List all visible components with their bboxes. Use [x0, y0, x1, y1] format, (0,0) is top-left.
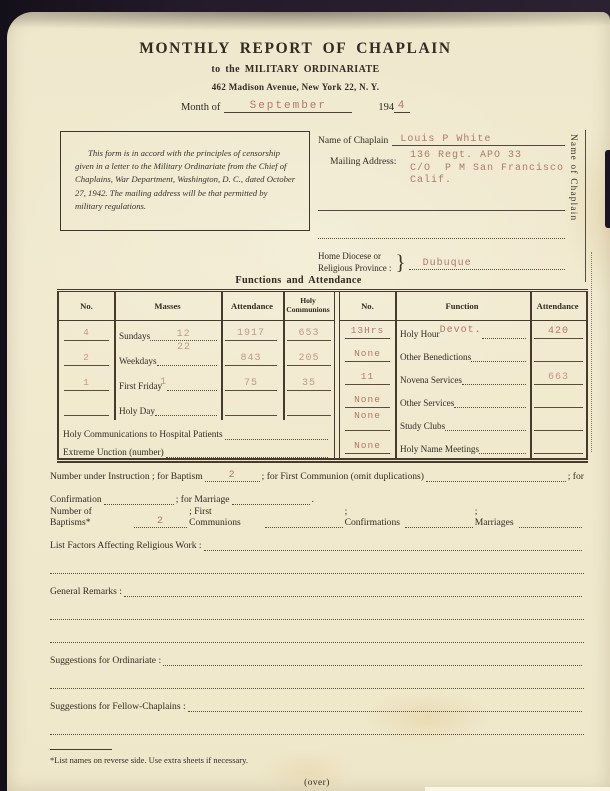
name-of-chaplain-label: Name of Chaplain	[318, 135, 388, 146]
novena-attendance: 663	[548, 372, 569, 383]
holy-hour-no: 13Hrs	[351, 325, 385, 336]
functions-table: No. Function Attendance 13Hrs Holy Hour …	[339, 292, 588, 458]
weekdays-label: Weekdays	[119, 356, 157, 366]
blank-line	[50, 597, 584, 620]
over-label: (over)	[50, 778, 584, 788]
home-diocese-label: Home Diocese or Religious Province :	[318, 251, 392, 274]
first-communion-field	[426, 468, 566, 482]
other-services-no: None	[354, 394, 381, 405]
footnote-text: *List names on reverse side. Use extra s…	[50, 755, 584, 765]
holy-hour-label: Holy Hour	[400, 329, 440, 339]
year-typed: 4	[398, 100, 407, 112]
holy-name-label: Holy Name Meetings	[400, 444, 479, 454]
remarks-line: General Remarks :	[50, 574, 584, 597]
mailing-address-line1: 136 Regt. APO 33	[410, 150, 564, 163]
mailing-address-rule	[318, 210, 565, 211]
chaplain-info: Name of Chaplain Louis P White Mailing A…	[318, 132, 565, 198]
other-services-label: Other Services	[400, 398, 454, 408]
holy-day-label: Holy Day	[119, 406, 155, 416]
masses-table-header: No. Masses Attendance Holy Communions	[59, 292, 334, 321]
brace-glyph: }	[396, 250, 406, 275]
name-of-chaplain-value: Louis P White	[400, 134, 491, 145]
censorship-notice-text: This form is in accord with the principl…	[75, 147, 296, 213]
col-attendance: Attendance	[529, 301, 586, 311]
vertical-dotted-rule	[591, 252, 592, 452]
table-row-holy-hour: 13Hrs Holy Hour Devot. 420	[340, 321, 586, 344]
hospital-communions-line: Holy Communications to Hospital Patients	[63, 422, 328, 440]
table-row-other-benedictions: None Other Benedictions	[340, 344, 586, 367]
form-title: MONTHLY REPORT OF CHAPLAIN	[7, 40, 584, 58]
blank-field	[50, 721, 584, 735]
study-clubs-no: None	[354, 410, 381, 421]
month-line: Month of September 194 4	[7, 100, 584, 113]
sundays-label: Sundays	[119, 331, 150, 341]
ordinariate-label: Suggestions for Ordinariate :	[50, 655, 161, 666]
home-diocese-block: Home Diocese or Religious Province : } D…	[318, 250, 565, 275]
weekdays-no: 2	[83, 352, 90, 363]
functions-table-header: No. Function Attendance	[340, 292, 586, 321]
first-communions-field	[265, 514, 342, 528]
table-row-novena-services: 11 Novena Services 663	[340, 367, 586, 390]
instruction-line-2: Confirmation ; for Marriage .	[50, 482, 584, 505]
weekdays-attendance: 843	[240, 353, 261, 364]
first-friday-communions: 35	[302, 378, 316, 389]
lower-fields: Number under Instruction ; for Baptism 2…	[50, 459, 584, 788]
baptisms-label: Number of Baptisms*	[50, 506, 132, 528]
marriages-field	[519, 514, 582, 528]
censorship-notice-box: This form is in accord with the principl…	[60, 131, 310, 231]
table-row-holy-name-meetings: None Holy Name Meetings	[340, 436, 586, 459]
form-subtitle: to the MILITARY ORDINARIATE	[7, 64, 584, 75]
scan-edge-artifact	[605, 150, 610, 228]
other-benedictions-label: Other Benedictions	[400, 352, 471, 362]
first-friday-masses-count: 1	[160, 377, 167, 388]
remarks-label: General Remarks :	[50, 586, 122, 597]
weekdays-masses-count: 22	[177, 342, 191, 353]
study-clubs-label: Study Clubs	[400, 421, 445, 431]
col-attendance: Attendance	[221, 301, 283, 311]
masses-table: No. Masses Attendance Holy Communions 4 …	[57, 292, 335, 458]
confirmations-label: ; Confirmations	[345, 506, 403, 528]
hospital-communions-label: Holy Communications to Hospital Patients	[63, 430, 223, 440]
novena-label: Novena Services	[400, 375, 462, 385]
year-printed: 194	[378, 102, 394, 113]
home-diocese-label-line1: Home Diocese or	[318, 251, 392, 262]
baptisms-value: 2	[157, 516, 164, 527]
month-label: Month of	[181, 102, 220, 113]
sundays-attendance: 1917	[237, 328, 265, 339]
blank-line	[50, 666, 584, 689]
col-masses: Masses	[114, 301, 221, 311]
marriage-field	[232, 491, 310, 505]
blank-line	[50, 620, 584, 643]
mailing-address-line3: Calif.	[410, 175, 564, 188]
form-header: MONTHLY REPORT OF CHAPLAIN to the MILITA…	[7, 40, 584, 113]
first-communions-label: ; First Communions	[189, 506, 263, 528]
remarks-field	[124, 583, 582, 597]
col-no: No.	[340, 301, 395, 311]
instruction-for-label: ; for	[568, 471, 584, 482]
home-diocese-label-line2: Religious Province :	[318, 263, 392, 274]
blank-line	[50, 712, 584, 735]
col-holy-communions-line2: Communions	[283, 306, 333, 315]
blank-field	[50, 675, 584, 689]
holy-hour-attendance: 420	[548, 326, 569, 337]
footnote-rule	[50, 749, 112, 750]
sundays-masses-count: 12	[177, 329, 191, 340]
section-title: Functions and Attendance	[7, 275, 590, 286]
confirmation-label: Confirmation	[50, 494, 102, 505]
instruction-label: Number under Instruction ; for Baptism	[50, 471, 203, 482]
scanned-form-page: MONTHLY REPORT OF CHAPLAIN to the MILITA…	[7, 12, 610, 791]
factors-line: List Factors Affecting Religious Work :	[50, 528, 584, 551]
first-friday-attendance: 75	[244, 378, 258, 389]
ordinariate-line: Suggestions for Ordinariate :	[50, 643, 584, 666]
novena-no: 11	[361, 371, 374, 382]
ordinariate-field	[163, 652, 582, 666]
vertical-rule	[585, 130, 586, 282]
attendance-tables: No. Masses Attendance Holy Communions 4 …	[57, 289, 588, 463]
confirmation-field	[104, 491, 174, 505]
sundays-no: 4	[83, 327, 90, 338]
mailing-address-line2: C/O P M San Francisco	[410, 163, 564, 176]
blank-field	[50, 629, 584, 643]
instruction-line-1: Number under Instruction ; for Baptism 2…	[50, 459, 584, 482]
confirmations-field	[405, 514, 473, 528]
baptisms-line: Number of Baptisms* 2 ; First Communions…	[50, 505, 584, 528]
marriages-label: ; Marriages	[475, 506, 518, 528]
period: .	[312, 494, 314, 505]
col-holy-communions: Holy Communions	[283, 297, 333, 314]
vertical-margin-label: Name of Chaplain	[568, 134, 578, 294]
marriage-label: ; for Marriage	[176, 494, 230, 505]
factors-field	[204, 537, 582, 551]
fellow-chaplains-label: Suggestions for Fellow-Chaplains :	[50, 701, 186, 712]
first-friday-no: 1	[83, 377, 90, 388]
col-function: Function	[395, 301, 529, 311]
extreme-unction-line: Extreme Unction (number)	[63, 440, 328, 458]
holy-hour-typed: Devot.	[440, 325, 482, 336]
factors-label: List Factors Affecting Religious Work :	[50, 540, 202, 551]
table-row-holy-day: Holy Day	[59, 396, 334, 421]
name-of-chaplain-field: Louis P White	[392, 132, 565, 146]
weekdays-communions: 205	[298, 353, 319, 364]
table-row-first-friday: 1 First Friday 1 75 35	[59, 371, 334, 396]
fellow-chaplains-field	[188, 698, 582, 712]
table-row-study-clubs: None Study Clubs	[340, 413, 586, 436]
blank-field	[50, 560, 584, 574]
sundays-communions: 653	[298, 328, 319, 339]
mailing-address-block: Mailing Address: 136 Regt. APO 33 C/O P …	[318, 154, 565, 198]
instruction-first-communion-label: ; for First Communion (omit duplications…	[262, 471, 424, 482]
blank-field	[50, 606, 584, 620]
extreme-unction-label: Extreme Unction (number)	[63, 448, 164, 458]
home-diocese-field: Dubuque	[409, 256, 565, 270]
holy-name-no: None	[354, 440, 381, 451]
instruction-baptism-value: 2	[229, 470, 236, 481]
first-friday-label: First Friday	[119, 381, 162, 391]
home-diocese-value: Dubuque	[423, 258, 472, 269]
mailing-address-value: 136 Regt. APO 33 C/O P M San Francisco C…	[410, 150, 564, 188]
other-benedictions-no: None	[354, 348, 381, 359]
table-row-sundays: 4 Sundays 12 1917 653	[59, 321, 334, 346]
fellow-chaplains-line: Suggestions for Fellow-Chaplains :	[50, 689, 584, 712]
table-row-weekdays: 2 Weekdays 22 843 205	[59, 346, 334, 371]
mailing-address-label: Mailing Address:	[330, 156, 396, 167]
form-address: 462 Madison Avenue, New York 22, N. Y.	[7, 82, 584, 92]
blank-line	[50, 551, 584, 574]
masses-table-footer: Holy Communications to Hospital Patients…	[59, 420, 334, 458]
blank-rule	[318, 238, 565, 239]
col-no: No.	[59, 301, 114, 311]
month-value-typed: September	[250, 100, 327, 112]
